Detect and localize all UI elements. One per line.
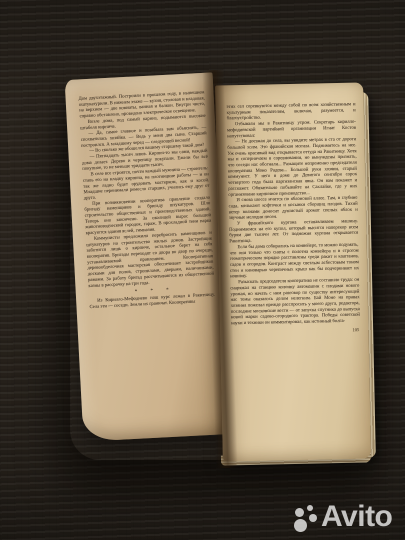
paragraph: — Не доезжая до села, вы увидите метрах … (227, 137, 357, 198)
logo-dot (309, 514, 317, 522)
logo-dot (295, 508, 304, 517)
avito-logo-icon (294, 500, 320, 532)
logo-dot (294, 519, 307, 532)
paragraph: Разыскать председателя кооператива не со… (230, 277, 360, 327)
book-photo-scene: Дом двухэтажный. Построили в прошлом год… (0, 0, 405, 540)
paragraph: У фракийского кургана останавливаем маши… (229, 219, 358, 245)
avito-watermark: Avito (294, 500, 392, 532)
right-page: этих сел соревнуются между собой по всем… (215, 82, 371, 461)
paragraph: Если бы дома собирались на конвейере, то… (229, 242, 359, 280)
watermark-text: Avito (321, 502, 392, 532)
left-page-text: Дом двухэтажный. Построили в прошлом год… (79, 90, 216, 310)
right-page-text: этих сел соревнуются между собой по всем… (226, 102, 360, 336)
page-number: 105 (231, 327, 360, 336)
paragraph: И снова шоссе мчится по яблоновой аллее.… (228, 195, 357, 221)
logo-dot (307, 505, 313, 511)
paragraph: Коммунисты предложили перебросить каменщ… (86, 230, 215, 289)
